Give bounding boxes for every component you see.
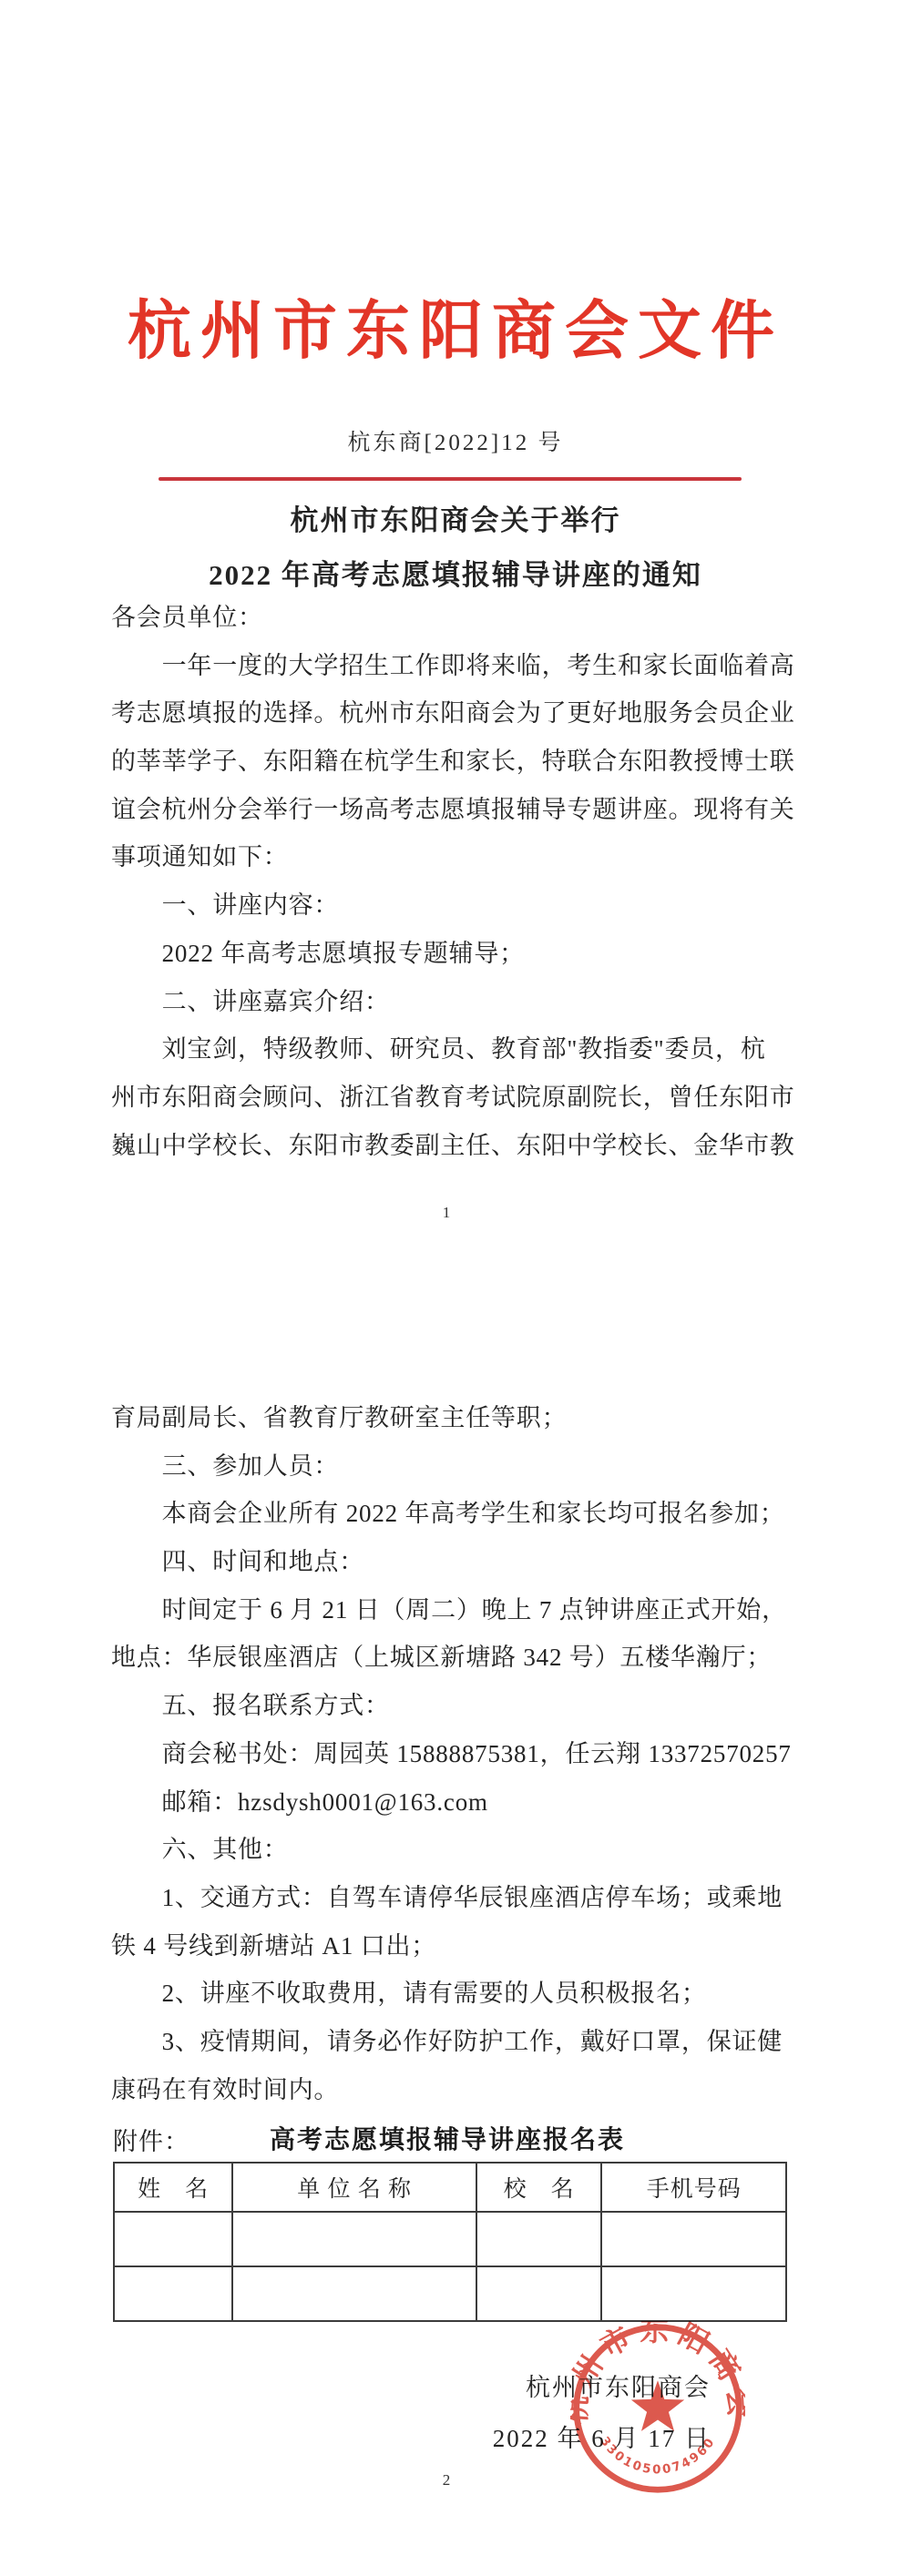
table-cell: [476, 2266, 602, 2321]
official-seal: 杭州市东阳商会 3301050074960: [570, 2321, 745, 2496]
table-cell: [601, 2212, 786, 2266]
attachment-label: 附件：: [113, 2122, 189, 2157]
table-row: [114, 2212, 786, 2266]
body-line: 的莘莘学子、东阳籍在杭学生和家长，特联合东阳教授博士联: [111, 738, 790, 786]
body-line: 3、疫情期间，请务必作好防护工作，戴好口罩，保证健: [111, 2018, 790, 2066]
letterhead-title: 杭州市东阳商会文件: [0, 293, 911, 372]
body-line: 2022 年高考志愿填报专题辅导；: [111, 930, 790, 978]
table-row: [114, 2266, 786, 2321]
body-line: 谊会杭州分会举行一场高考志愿填报辅导专题讲座。现将有关: [111, 786, 790, 834]
body-line: 时间定于 6 月 21 日（周二）晚上 7 点钟讲座正式开始，: [111, 1586, 790, 1634]
red-separator-line: [159, 477, 742, 481]
page1-body: 各会员单位： 一年一度的大学招生工作即将来临，考生和家长面临着高考志愿填报的选择…: [111, 594, 790, 1169]
table-header-cell: 姓 名: [114, 2163, 232, 2212]
table-header-row: 姓 名单 位 名 称校 名手机号码: [114, 2163, 786, 2212]
body-line: 事项通知如下：: [111, 833, 790, 881]
body-line: 各会员单位：: [111, 594, 790, 642]
body-line: 1、交通方式：自驾车请停华辰银座酒店停车场；或乘地: [111, 1874, 790, 1922]
table-cell: [476, 2212, 602, 2266]
body-line: 2、讲座不收取费用，请有需要的人员积极报名；: [111, 1970, 790, 2018]
body-line: 商会秘书处：周园英 15888875381，任云翔 13372570257: [111, 1730, 790, 1778]
body-line: 二、讲座嘉宾介绍：: [111, 978, 790, 1026]
table-header-cell: 手机号码: [601, 2163, 786, 2212]
table-cell: [601, 2266, 786, 2321]
page-number-1: 1: [0, 1204, 893, 1222]
document-number: 杭东商[2022]12 号: [0, 424, 911, 457]
body-line: 本商会企业所有 2022 年高考学生和家长均可报名参加；: [111, 1490, 790, 1538]
page2-body: 育局副局长、省教育厅教研室主任等职； 三、参加人员： 本商会企业所有 2022 …: [111, 1394, 790, 2113]
page-number-2: 2: [0, 2471, 893, 2489]
table-cell: [114, 2266, 232, 2321]
body-line: 地点：华辰银座酒店（上城区新塘路 342 号）五楼华瀚厅；: [111, 1634, 790, 1682]
body-line: 刘宝剑，特级教师、研究员、教育部"教指委"委员，杭: [111, 1025, 790, 1074]
seal-star-icon: [631, 2380, 684, 2431]
table-cell: [232, 2266, 476, 2321]
body-line: 州市东阳商会顾问、浙江省教育考试院原副院长，曾任东阳市: [111, 1074, 790, 1122]
body-line: 育局副局长、省教育厅教研室主任等职；: [111, 1394, 790, 1442]
notice-title-line-1: 杭州市东阳商会关于举行: [0, 497, 911, 538]
body-line: 铁 4 号线到新塘站 A1 口出；: [111, 1922, 790, 1970]
signup-table: 姓 名单 位 名 称校 名手机号码: [113, 2162, 787, 2322]
table-cell: [232, 2212, 476, 2266]
attachment-title: 高考志愿填报辅导讲座报名表: [270, 2120, 625, 2156]
scanned-notice-document: { "page": { "header_title": "杭州市东阳商会文件",…: [0, 0, 911, 2576]
body-line: 五、报名联系方式：: [111, 1682, 790, 1730]
body-line: 一年一度的大学招生工作即将来临，考生和家长面临着高: [111, 642, 790, 690]
body-line: 考志愿填报的选择。杭州市东阳商会为了更好地服务会员企业: [111, 689, 790, 738]
body-line: 巍山中学校长、东阳市教委副主任、东阳中学校长、金华市教: [111, 1122, 790, 1170]
body-line: 康码在有效时间内。: [111, 2066, 790, 2114]
body-line: 一、讲座内容：: [111, 881, 790, 930]
table-header-cell: 校 名: [476, 2163, 602, 2212]
notice-title-line-2: 2022 年高考志愿填报辅导讲座的通知: [0, 552, 911, 593]
body-line: 四、时间和地点：: [111, 1538, 790, 1586]
table-header-cell: 单 位 名 称: [232, 2163, 476, 2212]
body-line: 六、其他：: [111, 1826, 790, 1874]
body-line: 邮箱：hzsdysh0001@163.com: [111, 1778, 790, 1827]
body-line: 三、参加人员：: [111, 1442, 790, 1491]
table-cell: [114, 2212, 232, 2266]
